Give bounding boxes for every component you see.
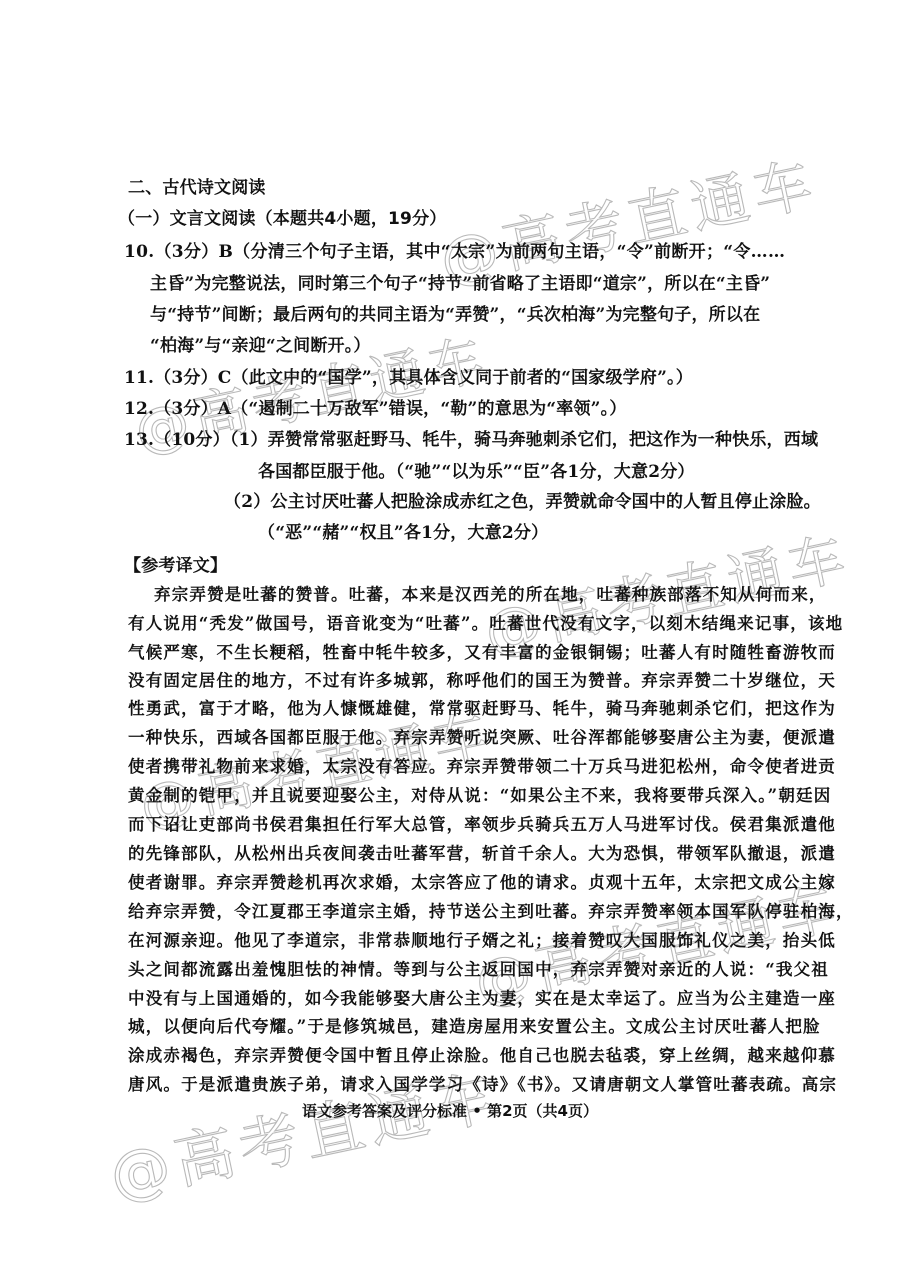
translation-line: 没有固定居住的地方，不过有许多城郭，称呼他们的国王为赞普。弃宗弄赞二十岁继位，天 <box>128 670 836 692</box>
section-heading: 二、古代诗文阅读 <box>128 177 266 199</box>
answer-q10-line: 10.（3分）B（分清三个句子主语，其中“太宗”为前两句主语，“令”前断开；“令… <box>124 241 785 263</box>
answer-q12: 12.（3分）A（“遏制二十万敌军”错误，“勒”的意思为“率领”。） <box>124 398 627 420</box>
translation-line: 唐风。于是派遣贵族子弟，请求入国学学习《诗》《书》。又请唐朝文人掌管吐蕃表疏。高… <box>128 1074 837 1096</box>
translation-line: 弃宗弄赞是吐蕃的赞普。吐蕃，本来是汉西羌的所在地，吐蕃种族部落不知从何而来， <box>154 584 827 606</box>
page-footer: 语文参考答案及评分标准 • 第2页（共4页） <box>0 1100 900 1121</box>
translation-line: 在河源亲迎。他见了李道宗，非常恭顺地行子婿之礼；接着赞叹大国服饰礼仪之美，抬头低 <box>128 930 836 952</box>
translation-line: 涂成赤褐色，弃宗弄赞便令国中暂且停止涂脸。他自己也脱去毡裘，穿上丝绸，越来越仰慕 <box>128 1045 836 1067</box>
section-subheading: （一）文言文阅读（本题共4小题，19分） <box>118 208 447 230</box>
translation-heading: 【参考译文】 <box>124 555 227 577</box>
translation-line: 黄金制的铠甲，并且说要迎娶公主，对侍从说：“如果公主不来，我将要带兵深入。”朝廷… <box>128 785 831 807</box>
answer-q13-part2-line: （2）公主讨厌吐蕃人把脸涂成赤红之色，弄赞就命令国中的人暂且停止涂脸。 <box>224 491 821 513</box>
document-page: @高考直通车 @高考直通车 @高考直通车 @高考直通车 @高考直通车 @高考直通… <box>0 0 900 1272</box>
translation-line: 有人说用“秃发”做国号，语音讹变为“吐蕃”。吐蕃世代没有文字，以刻木结绳来记事，… <box>128 613 843 635</box>
translation-line: 使者携带礼物前来求婚，太宗没有答应。弃宗弄赞带领二十万兵马进犯松州，命令使者进贡 <box>128 756 836 778</box>
translation-line: 城，以便向后代夸耀。”于是修筑城邑，建造房屋用来安置公主。文成公主讨厌吐蕃人把脸 <box>128 1016 821 1038</box>
answer-q10-line: 与“持节”间断；最后两句的共同主语为“弄赞”，“兵次柏海”为完整句子，所以在 <box>150 304 760 326</box>
answer-q13-part2-line: （“恶”“赭”“权且”各1分，大意2分） <box>258 522 548 544</box>
translation-line: 性勇武，富于才略，他为人慷慨雄健，常常驱赶野马、牦牛，骑马奔驰刺杀它们，把这作为 <box>128 698 836 720</box>
translation-line: 而下诏让吏部尚书侯君集担任行军大总管，率领步兵骑兵五万人马进军讨伐。侯君集派遣他 <box>128 814 836 836</box>
answer-q13-part1-line: 13.（10分）（1）弄赞常常驱赶野马、牦牛，骑马奔驰刺杀它们，把这作为一种快乐… <box>124 429 818 451</box>
answer-q13-part1-line: 各国都臣服于他。（“驰”“以为乐”“臣”各1分，大意2分） <box>258 461 695 483</box>
translation-line: 气候严寒，不生长粳稻，牲畜中牦牛较多，又有丰富的金银铜锡；吐蕃人有时随牲畜游牧而 <box>128 642 836 664</box>
translation-line: 头之间都流露出羞愧胆怯的神情。等到与公主返回国中，弃宗弄赞对亲近的人说：“我父祖 <box>128 959 829 981</box>
answer-q10-line: 主昏”为完整说法，同时第三个句子“持节”前省略了主语即“道宗”，所以在“主昏” <box>150 273 770 295</box>
translation-line: 给弃宗弄赞，令江夏郡王李道宗主婚，持节送公主到吐蕃。弃宗弄赞率领本国军队停驻柏海… <box>128 901 854 923</box>
translation-line: 使者谢罪。弃宗弄赞趁机再次求婚，太宗答应了他的请求。贞观十五年，太宗把文成公主嫁 <box>128 872 836 894</box>
translation-line: 的先锋部队，从松州出兵夜间袭击吐蕃军营，斩首千余人。大为恐惧，带领军队撤退，派遣 <box>128 843 836 865</box>
translation-line: 中没有与上国通婚的，如今我能够娶大唐公主为妻，实在是太幸运了。应当为公主建造一座 <box>128 988 836 1010</box>
answer-q10-line: “柏海”与“亲迎“之间断开。） <box>150 335 371 357</box>
translation-line: 一种快乐，西域各国都臣服于他。弃宗弄赞听说突厥、吐谷浑都能够娶唐公主为妻，便派遣 <box>128 727 836 749</box>
answer-q11: 11.（3分）C（此文中的“国学”，其具体含义同于前者的“国家级学府”。） <box>124 367 693 389</box>
